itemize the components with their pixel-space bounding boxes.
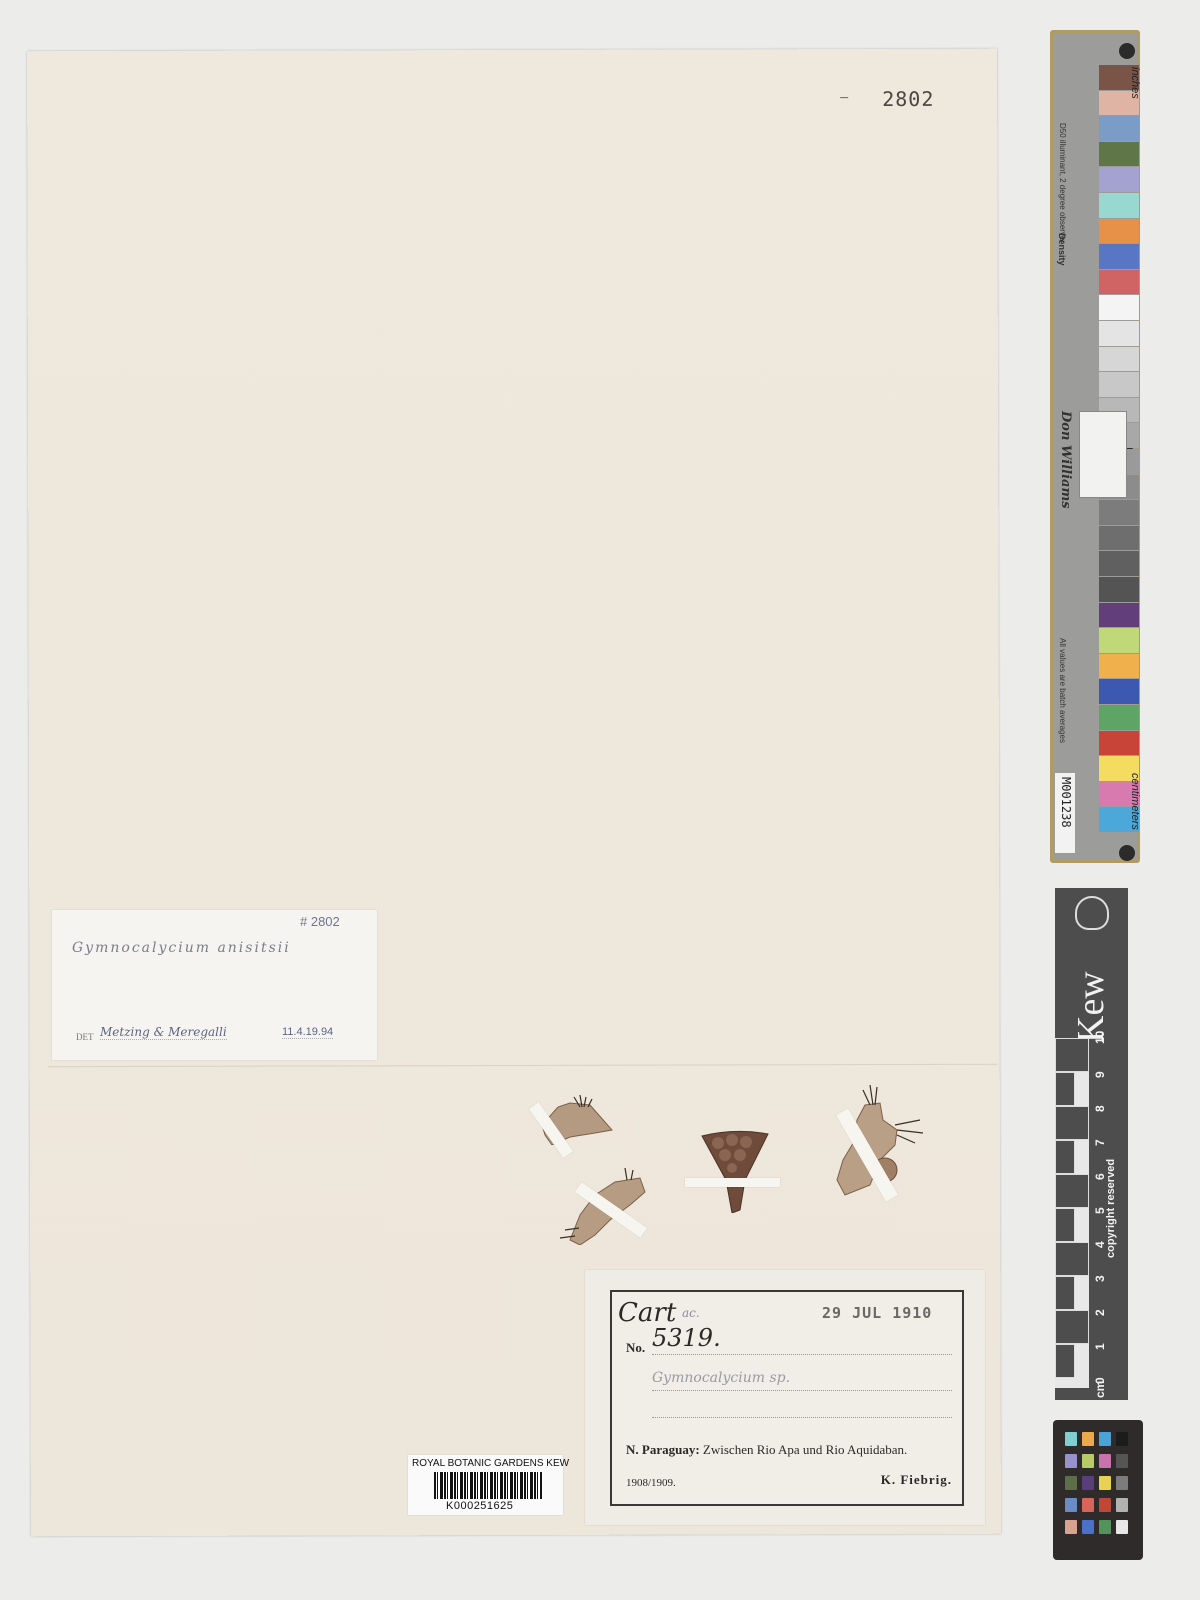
scale-block	[1055, 1038, 1089, 1072]
grey-target	[1079, 411, 1127, 498]
checker-swatch	[1082, 1476, 1094, 1490]
det-taxon-name: Gymnocalycium anisitsii	[72, 940, 291, 956]
checker-swatch	[1099, 1476, 1111, 1490]
checker-swatch	[1116, 1520, 1128, 1534]
color-patch	[1099, 372, 1139, 397]
color-patch	[1099, 244, 1139, 269]
unit-label: cm	[1093, 1381, 1107, 1398]
checker-swatch	[1065, 1498, 1077, 1512]
scale-tick-label: 10	[1093, 1031, 1107, 1044]
collection-label: Cart ac. 29 JUL 1910 No. 5319. Gymnocaly…	[585, 1270, 985, 1525]
checker-swatch	[1116, 1432, 1128, 1446]
checker-swatch	[1082, 1498, 1094, 1512]
brand-label: Don Williams	[1058, 411, 1073, 509]
color-patch	[1099, 193, 1139, 218]
scale-tick-label: 3	[1093, 1275, 1107, 1282]
checker-swatch	[1116, 1454, 1128, 1468]
mounting-strap	[685, 1178, 780, 1187]
det-prefix: DET	[76, 1032, 94, 1042]
checker-swatch	[1099, 1432, 1111, 1446]
barcode-label: ROYAL BOTANIC GARDENS KEW K000251625	[408, 1455, 563, 1515]
checker-swatch	[1099, 1454, 1111, 1468]
color-patch	[1099, 270, 1139, 295]
scale-block	[1055, 1106, 1089, 1140]
color-patch	[1099, 295, 1139, 320]
collection-taxon: Gymnocalycium sp.	[652, 1370, 790, 1386]
checker-swatch	[1065, 1520, 1077, 1534]
color-patch	[1099, 321, 1139, 346]
checker-swatch	[1116, 1476, 1128, 1490]
checker-swatch	[1065, 1476, 1077, 1490]
color-patch	[1099, 500, 1139, 525]
color-patch	[1099, 116, 1139, 141]
color-patch	[1099, 219, 1139, 244]
color-patch	[1099, 705, 1139, 730]
barcode-icon	[434, 1472, 542, 1499]
scale-tick-label: 6	[1093, 1173, 1107, 1180]
family-abbrev-sup: ac.	[682, 1306, 700, 1320]
checker-swatch	[1082, 1520, 1094, 1534]
sheet-fold-line	[48, 1064, 998, 1067]
batch-note: All values are batch averages	[1058, 638, 1067, 743]
det-ref-number: # 2802	[300, 914, 340, 929]
checker-swatch	[1099, 1520, 1111, 1534]
color-patch	[1099, 347, 1139, 372]
scale-block	[1055, 1174, 1089, 1208]
scale-tick-label: 8	[1093, 1105, 1107, 1112]
scale-tick-label: 1	[1093, 1343, 1107, 1350]
color-patch	[1099, 577, 1139, 602]
checker-swatch	[1116, 1498, 1128, 1512]
scale-tick-label: 4	[1093, 1241, 1107, 1248]
scale-block	[1055, 1072, 1075, 1106]
specimen-fragment-3	[825, 1085, 925, 1205]
scale-block	[1055, 1242, 1089, 1276]
illuminant-note: D50 illuminant, 2 degree observer	[1058, 123, 1067, 243]
scale-block	[1055, 1140, 1075, 1174]
det-determiners: Metzing & Meregalli	[100, 1025, 227, 1040]
barcode-institution: ROYAL BOTANIC GARDENS KEW	[412, 1458, 569, 1469]
hole-icon	[1119, 845, 1135, 861]
locality-text: Zwischen Rio Apa und Rio Aquidaban.	[703, 1442, 907, 1457]
checker-swatch	[1099, 1498, 1111, 1512]
color-patch	[1099, 142, 1139, 167]
checker-swatch	[1082, 1454, 1094, 1468]
royal-crest-icon	[1075, 896, 1109, 930]
pencil-mark	[840, 97, 848, 98]
scale-block	[1055, 1310, 1089, 1344]
color-patch	[1099, 167, 1139, 192]
strip-id: M001238	[1059, 777, 1073, 828]
collection-number: 5319.	[652, 1324, 721, 1352]
determination-label: # 2802 Gymnocalycium anisitsii DET Metzi…	[52, 910, 377, 1060]
color-patch	[1099, 731, 1139, 756]
inches-label: inches	[1129, 67, 1141, 99]
dotted-line	[652, 1417, 952, 1418]
color-patch	[1099, 603, 1139, 628]
scale-block	[1055, 1276, 1075, 1310]
strip-id-label: M001238	[1055, 773, 1075, 853]
barcode-id: K000251625	[446, 1500, 513, 1512]
region: N. Paraguay:	[626, 1442, 700, 1457]
receipt-stamp: 29 JUL 1910	[822, 1304, 932, 1322]
scale-tick-label: 9	[1093, 1071, 1107, 1078]
color-patch	[1099, 654, 1139, 679]
scale-tick-label: 5	[1093, 1207, 1107, 1214]
color-checker-card	[1053, 1420, 1143, 1560]
color-patch	[1099, 526, 1139, 551]
checker-swatch	[1082, 1432, 1094, 1446]
color-patch	[1099, 628, 1139, 653]
color-calibration-strip: inches centimeters D50 illuminant, 2 deg…	[1050, 30, 1140, 863]
centimeters-label: centimeters	[1129, 773, 1141, 830]
checker-swatch	[1065, 1432, 1077, 1446]
density-label: Density	[1057, 233, 1067, 266]
scale-block	[1055, 1344, 1075, 1378]
number-label: No.	[626, 1340, 645, 1356]
locality: N. Paraguay: Zwischen Rio Apa und Rio Aq…	[626, 1442, 907, 1458]
hole-icon	[1119, 43, 1135, 59]
color-patch	[1099, 679, 1139, 704]
kew-scale-bar: Kew copyright reserved 012345678910 cm	[1055, 888, 1128, 1400]
scale-tick-label: 7	[1093, 1139, 1107, 1146]
scale-block	[1055, 1208, 1075, 1242]
dotted-line	[652, 1390, 952, 1391]
collection-label-frame: Cart ac. 29 JUL 1910 No. 5319. Gymnocaly…	[610, 1290, 964, 1506]
collector: K. Fiebrig.	[881, 1472, 952, 1488]
sheet-number: 2802	[882, 87, 934, 111]
scale-tick-label: 2	[1093, 1309, 1107, 1316]
color-patch	[1099, 551, 1139, 576]
checker-swatch	[1065, 1454, 1077, 1468]
det-date: 11.4.19.94	[282, 1026, 333, 1039]
dotted-line	[652, 1354, 952, 1355]
specimen-fruit	[700, 1128, 770, 1213]
collection-year: 1908/1909.	[626, 1477, 676, 1489]
